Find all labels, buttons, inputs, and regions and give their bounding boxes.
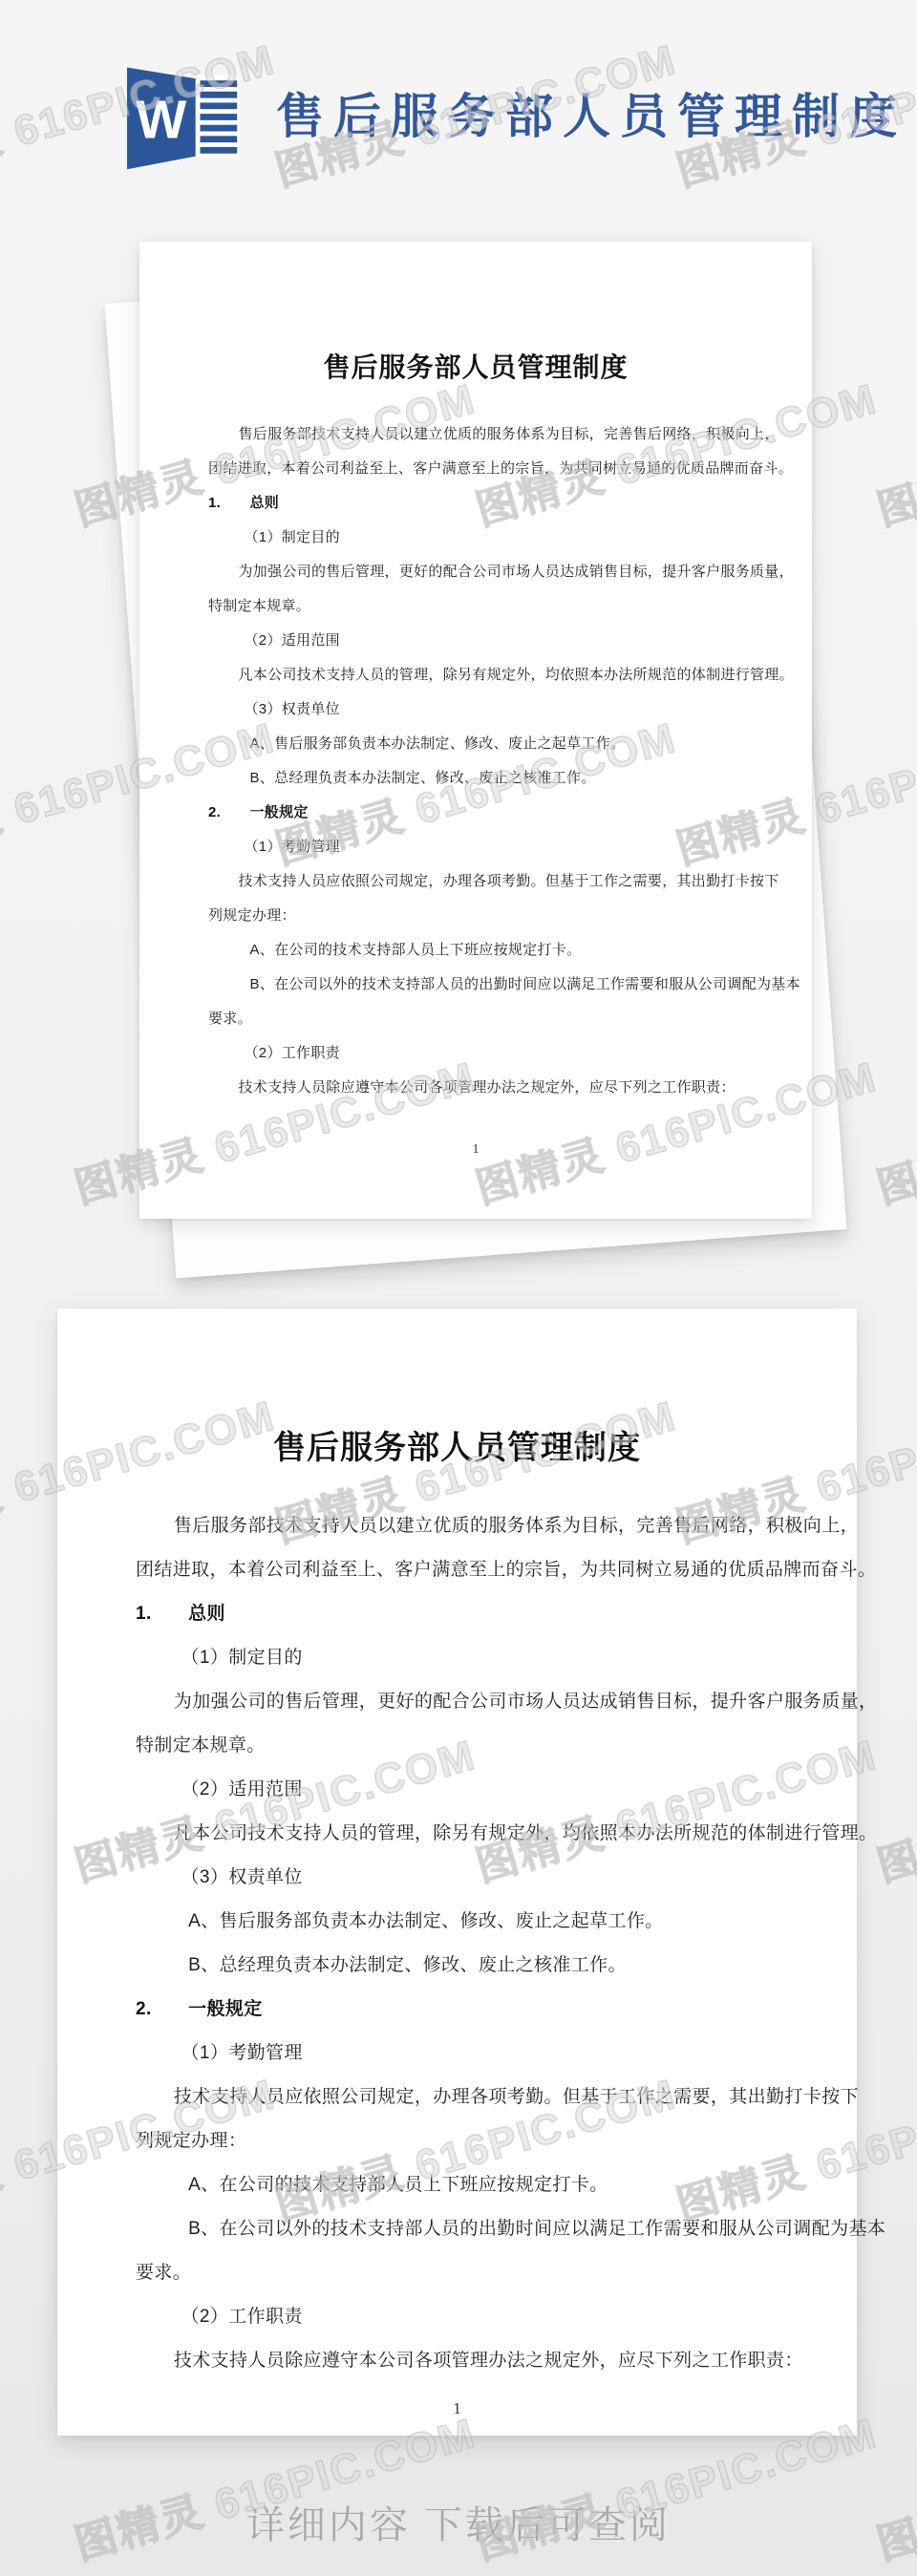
doc-line: 团结进取，本着公司利益至上、客户满意至上的宗旨，为共同树立易通的优质品牌而奋斗。 (136, 1548, 778, 1592)
doc-line-text: 总则 (250, 495, 280, 511)
doc-line: 列规定办理： (136, 2119, 778, 2163)
page-number: 1 (139, 1142, 812, 1158)
doc-line: A、在公司的技术支持部人员上下班应按规定打卡。 (250, 933, 744, 968)
doc-line-number: 1. (136, 1592, 188, 1636)
doc-line: 凡本公司技术支持人员的管理，除另有规定外，均依照本办法所规范的体制进行管理。 (239, 658, 744, 692)
page-title: 售后服务部人员管理制度 (276, 93, 906, 140)
doc-line-text: 一般规定 (250, 804, 309, 820)
watermark-text: 图精灵 616PIC.COM (869, 364, 917, 537)
doc-line: 技术支持人员除应遵守本公司各项管理办法之规定外，应尽下列之工作职责： (239, 1071, 744, 1105)
doc-line: 凡本公司技术支持人员的管理，除另有规定外，均依照本办法所规范的体制进行管理。 (174, 1812, 778, 1856)
doc-line: 2.一般规定 (136, 1988, 778, 2032)
doc-line: 团结进取，本着公司利益至上、客户满意至上的宗旨，为共同树立易通的优质品牌而奋斗。 (208, 452, 743, 486)
doc-line: （2）工作职责 (245, 1036, 744, 1071)
word-icon: W (127, 59, 244, 174)
doc-line: （1）制定目的 (181, 1636, 779, 1680)
document-body: 售后服务部技术支持人员以建立优质的服务体系为目标，完善售后网络，积极向上，团结进… (208, 417, 743, 1105)
doc-line-number: 2. (136, 1988, 188, 2032)
doc-line: 2.一般规定 (208, 796, 743, 830)
doc-line: 要求。 (136, 2251, 778, 2295)
doc-line-number: 2. (208, 796, 250, 830)
doc-line: B、总经理负责本办法制定、修改、废止之核准工作。 (188, 1944, 778, 1988)
document-page-large: 售后服务部人员管理制度 售后服务部技术支持人员以建立优质的服务体系为目标，完善售… (57, 1309, 857, 2436)
doc-line: （2）适用范围 (181, 1768, 779, 1812)
document-title: 售后服务部人员管理制度 (208, 347, 743, 385)
doc-line: （2）适用范围 (245, 624, 744, 658)
word-letter: W (136, 89, 186, 149)
doc-line: 为加强公司的售后管理，更好的配合公司市场人员达成销售目标，提升客户服务质量， (239, 555, 744, 589)
doc-line: 技术支持人员应依照公司规定，办理各项考勤。但基于工作之需要，其出勤打卡按下 (174, 2076, 778, 2119)
doc-line: （1）考勤管理 (181, 2032, 779, 2076)
doc-line-text: 总则 (188, 1604, 225, 1624)
doc-line: 售后服务部技术支持人员以建立优质的服务体系为目标，完善售后网络，积极向上， (174, 1504, 778, 1548)
watermark-text: 图精灵 616PIC.COM (869, 1042, 917, 1215)
doc-line: （1）制定目的 (245, 521, 744, 555)
doc-line: （3）权责单位 (245, 692, 744, 727)
document-title: 售后服务部人员管理制度 (136, 1421, 778, 1468)
doc-line: 要求。 (208, 1002, 743, 1036)
header: W 售后服务部人员管理制度 (127, 59, 906, 174)
doc-line: B、在公司以外的技术支持部人员的出勤时间应以满足工作需要和服从公司调配为基本 (188, 2207, 778, 2251)
document-body: 售后服务部技术支持人员以建立优质的服务体系为目标，完善售后网络，积极向上，团结进… (136, 1504, 778, 2383)
doc-line: B、在公司以外的技术支持部人员的出勤时间应以满足工作需要和服从公司调配为基本 (250, 968, 744, 1002)
doc-line: 1.总则 (136, 1592, 778, 1636)
doc-line: A、在公司的技术支持部人员上下班应按规定打卡。 (188, 2163, 778, 2207)
document-page-small: 售后服务部人员管理制度 售后服务部技术支持人员以建立优质的服务体系为目标，完善售… (139, 242, 812, 1219)
doc-line: 特制定本规章。 (208, 589, 743, 624)
watermark-text: 图精灵 616PIC.COM (869, 1720, 917, 1893)
doc-line: B、总经理负责本办法制定、修改、废止之核准工作。 (250, 761, 744, 796)
page-number: 1 (57, 2399, 857, 2418)
doc-line: 列规定办理： (208, 899, 743, 933)
document-stack: 售后服务部人员管理制度 售后服务部技术支持人员以建立优质的服务体系为目标，完善售… (139, 242, 812, 1219)
doc-line: A、售后服务部负责本办法制定、修改、废止之起草工作。 (188, 1900, 778, 1944)
footer-hint: 详细内容 下载后可查阅 (0, 2495, 917, 2549)
doc-line: 售后服务部技术支持人员以建立优质的服务体系为目标，完善售后网络，积极向上， (239, 417, 744, 452)
doc-line: 技术支持人员应依照公司规定，办理各项考勤。但基于工作之需要，其出勤打卡按下 (239, 864, 744, 899)
doc-line: A、售后服务部负责本办法制定、修改、废止之起草工作。 (250, 727, 744, 761)
doc-line: 技术支持人员除应遵守本公司各项管理办法之规定外，应尽下列之工作职责： (174, 2339, 778, 2383)
doc-line-text: 一般规定 (188, 1999, 263, 2019)
doc-line: 特制定本规章。 (136, 1724, 778, 1768)
doc-line: 为加强公司的售后管理，更好的配合公司市场人员达成销售目标，提升客户服务质量， (174, 1680, 778, 1724)
doc-line: （1）考勤管理 (245, 830, 744, 864)
doc-line-number: 1. (208, 486, 250, 521)
doc-line: （3）权责单位 (181, 1856, 779, 1900)
preview-page: W 售后服务部人员管理制度 售后服务部人员管理制度 售后服务部技术支持人员以建立… (0, 0, 917, 2576)
doc-line: 1.总则 (208, 486, 743, 521)
doc-line: （2）工作职责 (181, 2295, 779, 2339)
